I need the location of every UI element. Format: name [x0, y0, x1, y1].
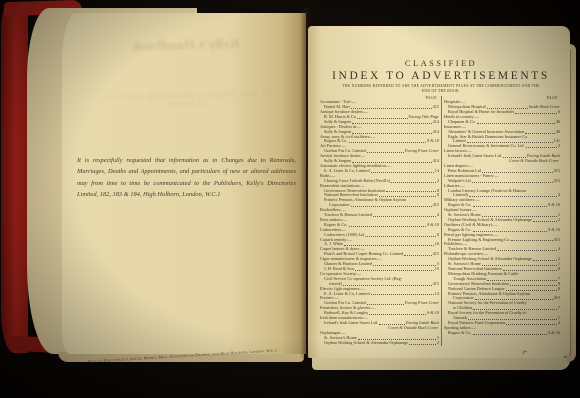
- dot-leader: [409, 344, 436, 345]
- entry-name: Ireland's Irish Linen Stores Ltd.: [448, 154, 502, 159]
- entry-page-ref: 4: [558, 247, 562, 252]
- entry-page-ref: 46: [556, 130, 562, 135]
- index-page-content: CLASSIFIED INDEX TO ADVERTISEMENTS THE N…: [320, 58, 562, 346]
- dot-leader: [357, 118, 408, 119]
- entry-name: Ireland's Irish Linen Stores Ltd.: [324, 321, 378, 326]
- dot-leader: [391, 182, 436, 183]
- index-columns: PAGEAccountant - Turf:—Daniel M. Hart415…: [320, 96, 562, 345]
- dot-leader: [371, 172, 434, 173]
- dot-leader: [373, 216, 436, 217]
- dot-leader: [351, 206, 432, 207]
- entry-name: Orphan Working School & Alexandra Orphan…: [324, 341, 408, 346]
- index-subtitle-line1: THE NUMBERS REFERRED TO ARE THE ADVERTIS…: [320, 84, 562, 89]
- dot-leader: [482, 265, 557, 266]
- dot-leader: [473, 334, 548, 335]
- entry-page-ref: 415: [554, 238, 562, 243]
- dot-leader: [525, 133, 554, 134]
- entry-page-ref: 7: [558, 306, 562, 311]
- dot-leader: [352, 123, 431, 124]
- entry-page-ref: 415: [433, 203, 441, 208]
- dot-leader: [373, 265, 436, 266]
- dot-leader: [533, 221, 557, 222]
- dot-leader: [526, 147, 557, 148]
- entry-page-ref: 4: [558, 193, 562, 198]
- dot-leader: [367, 152, 404, 153]
- dot-leader: [358, 339, 436, 340]
- entry-page-ref: 415: [554, 296, 562, 301]
- index-entry: Rogers & Co.8 & 10: [444, 331, 562, 336]
- book-photo-scene: Kelly's Handbook TO THE TITLED LANDED AN…: [0, 0, 580, 398]
- dot-leader: [386, 191, 436, 192]
- entry-page-ref: 8 & 10: [548, 331, 562, 336]
- entry-page-ref: 8 & 10: [548, 228, 562, 233]
- entry-page-ref: 4: [558, 321, 562, 326]
- entry-page-ref: 414: [433, 120, 441, 125]
- entry-page-ref: 3: [558, 144, 562, 149]
- entry-page-ref: 8: [558, 267, 562, 272]
- removal-notice-paragraph: It is respectfully requested that inform…: [77, 155, 296, 201]
- heading-classified: CLASSIFIED: [320, 58, 562, 68]
- dot-leader: [369, 314, 426, 315]
- red-book-cover-left-edge: [1, 3, 28, 353]
- page-edge-line: [570, 50, 571, 356]
- signature-mark: 1*: [522, 351, 527, 356]
- entry-page-ref: 8 & 10: [427, 139, 441, 144]
- index-entry: Orphan Working School & Alexandra Orphan…: [320, 341, 441, 346]
- dot-leader: [487, 280, 557, 281]
- dot-leader: [533, 260, 557, 261]
- entry-page-ref: 415: [554, 169, 562, 174]
- index-subtitle: THE NUMBERS REFERRED TO ARE THE ADVERTIS…: [320, 84, 562, 93]
- dot-leader: [365, 236, 436, 237]
- dot-leader: [349, 142, 427, 143]
- dot-leader: [497, 250, 557, 251]
- right-page-bottom-edge: [312, 357, 570, 370]
- index-column-right: PAGEHospitals:—Metropolitan HospitalInsi…: [441, 96, 562, 345]
- heading-index-to-advertisements: INDEX TO ADVERTISEMENTS: [320, 70, 562, 82]
- dot-leader: [506, 324, 557, 325]
- entry-page-ref: 415: [433, 282, 441, 287]
- index-column-left: PAGEAccountant - Turf:—Daniel M. Hart415…: [320, 96, 441, 345]
- entry-page-ref: 8: [558, 287, 562, 292]
- dot-leader: [468, 319, 556, 320]
- dot-leader: [371, 294, 434, 295]
- entry-page-ref: 415: [433, 252, 441, 257]
- dot-leader: [355, 270, 434, 271]
- dot-leader: [482, 216, 557, 217]
- entry-page-ref: 414: [433, 130, 441, 135]
- entry-page-ref: 415: [433, 105, 441, 110]
- dot-leader: [510, 285, 557, 286]
- dot-leader: [473, 206, 548, 207]
- entry-page-ref: 8 & 10: [548, 203, 562, 208]
- entry-page-ref: 6 & 10: [427, 311, 441, 316]
- entry-page-ref: 415: [554, 179, 562, 184]
- entry-page-ref: 2: [558, 218, 562, 223]
- entry-name: Rogers & Co.: [448, 331, 472, 336]
- dot-leader: [467, 142, 552, 143]
- entry-page-ref: 46: [556, 120, 562, 125]
- entry-page-ref: 6: [558, 110, 562, 115]
- dot-leader: [469, 196, 557, 197]
- dot-leader: [404, 255, 431, 256]
- entry-page-ref: Facing Front Cover: [405, 301, 441, 306]
- dot-leader: [472, 182, 552, 183]
- dot-leader: [477, 123, 555, 124]
- entry-page-ref: 414: [433, 159, 441, 164]
- dot-leader: [349, 226, 427, 227]
- dot-leader: [487, 108, 528, 109]
- index-subtitle-line2: END OF THE BOOK.: [320, 89, 562, 94]
- entry-page-ref: Facing Front Cover: [405, 149, 441, 154]
- dot-leader: [515, 113, 557, 114]
- dot-leader: [511, 240, 552, 241]
- entry-page-ref: 8 & 10: [427, 223, 441, 228]
